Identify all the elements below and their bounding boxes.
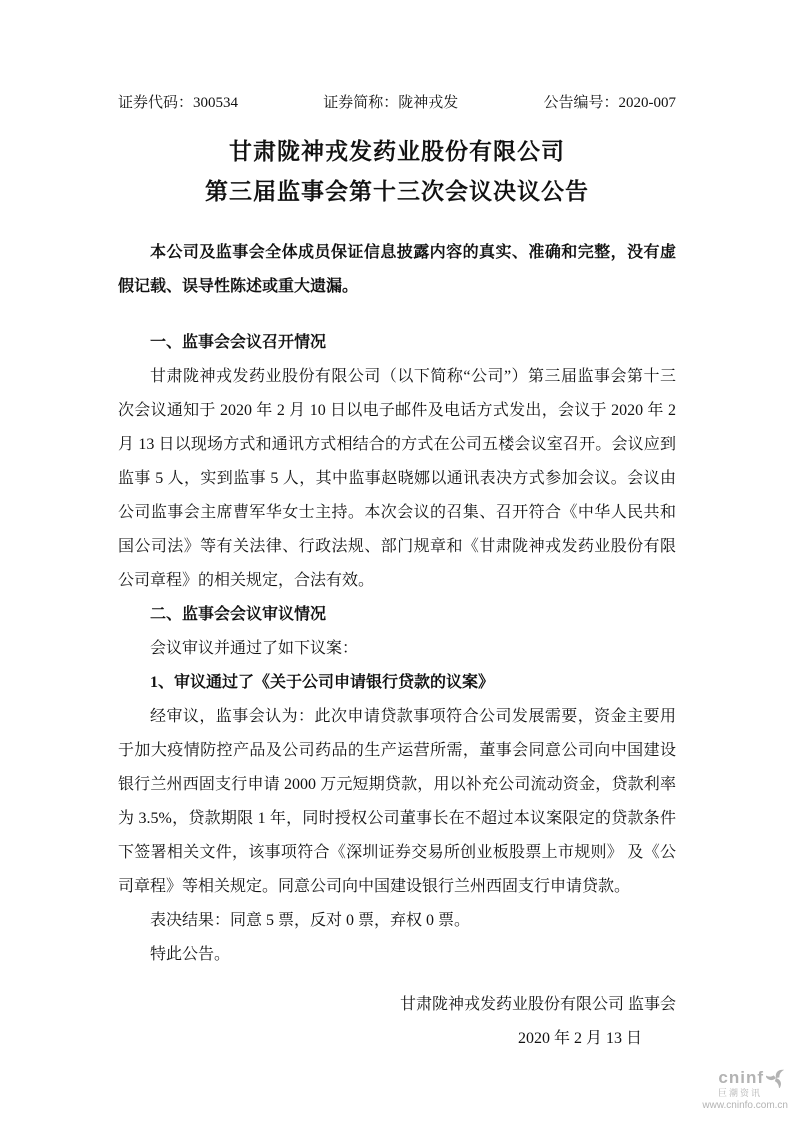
section2-intro: 会议审议并通过了如下议案： [118,632,676,666]
cninfo-swirl-icon [766,1068,786,1088]
announcement-number-label: 公告编号：2020-007 [544,94,677,112]
item1-heading: 1、审议通过了《关于公司申请银行贷款的议案》 [118,666,676,700]
document-title: 甘肃陇神戎发药业股份有限公司 第三届监事会第十三次会议决议公告 [118,132,676,212]
stock-short-name-label: 证券简称：陇神戎发 [323,94,458,112]
section2-heading: 二、监事会会议审议情况 [118,598,676,632]
cninfo-brand-name: 巨潮资讯 [702,1088,790,1099]
signature-date-line: 2020 年 2 月 13 日 [118,1022,676,1056]
cninfo-logo-row: cninf [702,1068,790,1088]
item1-paragraph: 经审议，监事会认为：此次申请贷款事项符合公司发展需要，资金主要用于加大疫情防控产… [118,700,676,904]
section1-paragraph: 甘肃陇神戎发药业股份有限公司（以下简称“公司”）第三届监事会第十三次会议通知于 … [118,360,676,598]
title-company-line: 甘肃陇神戎发药业股份有限公司 [118,132,676,172]
disclaimer-paragraph: 本公司及监事会全体成员保证信息披露内容的真实、准确和完整，没有虚假记载、误导性陈… [118,236,676,304]
announcement-document-page: 证券代码：300534 证券简称：陇神戎发 公告编号：2020-007 甘肃陇神… [0,0,793,1122]
section1-heading: 一、监事会会议召开情况 [118,326,676,360]
signature-company-line: 甘肃陇神戎发药业股份有限公司 监事会 [118,988,676,1022]
cninfo-watermark: cninf 巨潮资讯 www.cninfo.com.cn [702,1068,790,1112]
cninfo-logo-text: cninf [718,1069,764,1087]
signature-block: 甘肃陇神戎发药业股份有限公司 监事会 2020 年 2 月 13 日 [118,988,676,1056]
vote-result-line: 表决结果：同意 5 票，反对 0 票，弃权 0 票。 [118,904,676,938]
document-content: 证券代码：300534 证券简称：陇神戎发 公告编号：2020-007 甘肃陇神… [118,94,676,1056]
title-meeting-line: 第三届监事会第十三次会议决议公告 [118,172,676,212]
stock-code-label: 证券代码：300534 [118,94,238,112]
document-header: 证券代码：300534 证券简称：陇神戎发 公告编号：2020-007 [118,94,676,112]
closing-line: 特此公告。 [118,938,676,972]
cninfo-url: www.cninfo.com.cn [702,1099,790,1112]
